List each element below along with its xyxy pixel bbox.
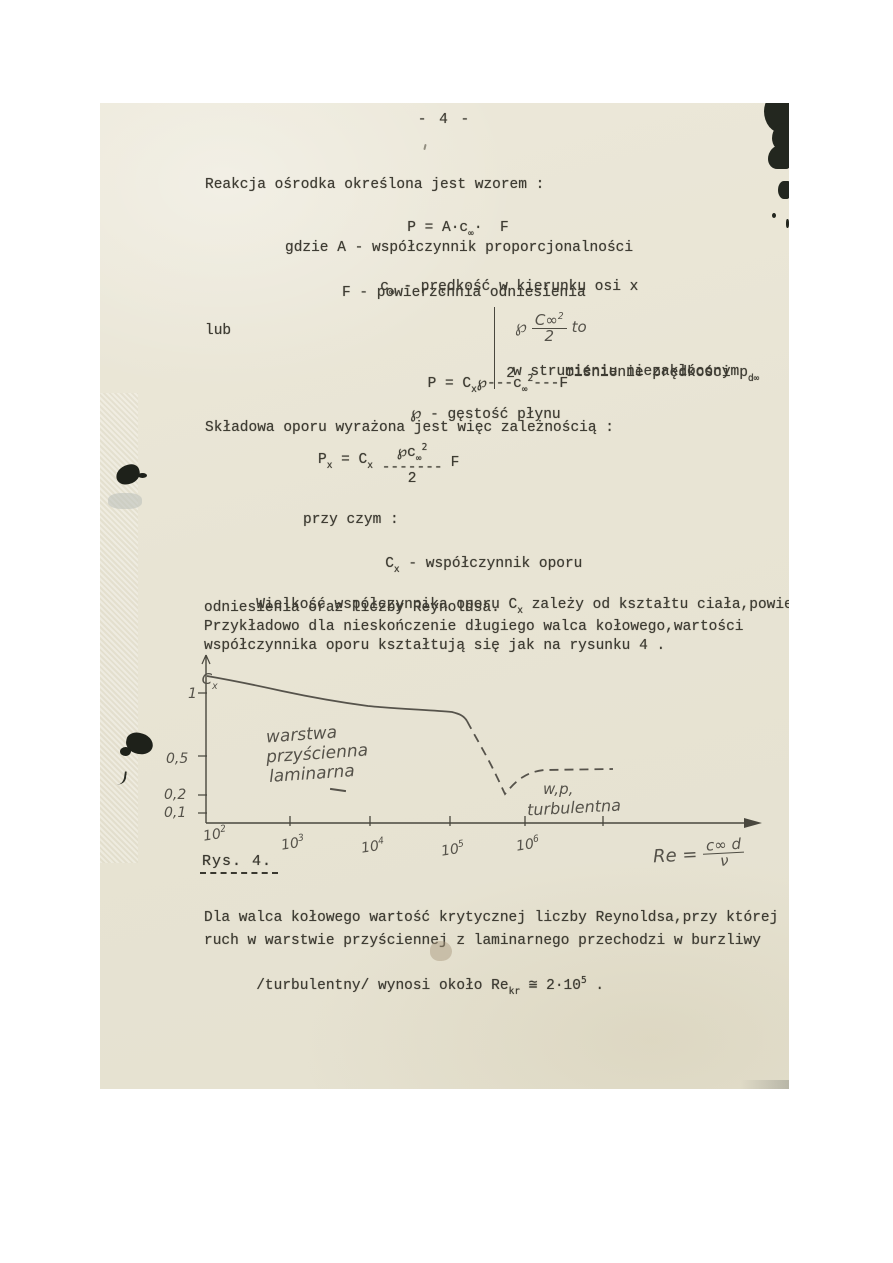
x-tick-label-1e3: 103 [280, 832, 306, 853]
paragraph2-line3-mid: ≅ 2·10 [520, 978, 581, 994]
y-tick-label-1: 1 [188, 686, 197, 702]
lub-label: lub [205, 323, 231, 340]
paragraph2-line3-post: . [587, 978, 604, 994]
formula-px-p: P [318, 452, 327, 468]
definition-f: F - powierzchnia odniesienia [342, 285, 586, 302]
tick-exp: 5 [457, 838, 464, 850]
intro-line: Reakcja ośrodka określona jest wzorem : [205, 177, 544, 194]
rho-symbol: ℘ [397, 444, 407, 460]
gray-patch [108, 493, 142, 509]
x-tick-label-1e5: 105 [440, 838, 466, 859]
formula-reaction-rhs: · F [474, 220, 509, 236]
scan-dark-blob [768, 145, 789, 169]
cx-definition-symbol: C [385, 556, 394, 572]
paragraph1-line2: odniesienia oraz liczby Reynoldsa. [204, 600, 500, 617]
cx-curve-solid [207, 676, 467, 721]
definition-a: gdzie A - współczynnik proporcjonalności [285, 240, 633, 257]
annotation-turbulent-1: w,p, [543, 780, 573, 798]
y-tick-label-01: 0,1 [164, 805, 186, 821]
re-denominator: ν [720, 853, 729, 867]
y-axis-label-c: C [202, 670, 212, 688]
paragraph1-line3: Przykładowo dla nieskończenie długiego w… [204, 619, 744, 636]
paper-stain [430, 941, 452, 961]
x-axis-formula: Re = c∞ d ν [652, 837, 745, 872]
formula-px-frac: ℘c∞2 ------- 2 [382, 440, 443, 486]
scan-speck [423, 144, 426, 150]
figure-caption: Rys. 4. [200, 853, 278, 874]
przy-czym-line: przy czym : [303, 512, 399, 529]
x-tick-label-1e6: 106 [515, 833, 541, 854]
paragraph2-line3-pre: /turbulentny/ wynosi około Re [256, 978, 508, 994]
paragraph2-line2: ruch w warstwie przyściennej z laminarne… [204, 933, 761, 950]
pressure-note-frac: C∞2 2 [532, 310, 567, 343]
paper-page: - 4 - Reakcja ośrodka określona jest wzo… [100, 103, 789, 1089]
y-tick-label-05: 0,5 [166, 751, 188, 767]
paragraph1-line1-post: zależy od kształtu ciała,powierzchni [523, 597, 789, 613]
cx-definition-text: - współczynnik oporu [400, 556, 583, 572]
scan-dark-blob [778, 181, 789, 199]
separator-bar [494, 307, 495, 389]
component-line: Składowa oporu wyrażona jest więc zależn… [205, 420, 614, 437]
pressure-note-line2: w strumieniu niezakłóconym [513, 364, 739, 381]
ink-blot-tail [138, 473, 147, 478]
re-frac: c∞ d ν [703, 837, 746, 869]
pressure-note-line1-sub: d∞ [748, 373, 759, 384]
scan-speck [786, 219, 789, 228]
formula-px-mid: = C [332, 452, 367, 468]
pressure-note-word: to [572, 318, 587, 336]
rho-symbol: ℘ [515, 317, 527, 337]
tick-exp: 4 [377, 835, 384, 847]
formula-px-c: c [407, 445, 416, 461]
formula-px-den: 2 [408, 473, 417, 486]
tick-exp: 3 [297, 832, 304, 844]
y-tick-label-02: 0,2 [164, 787, 186, 803]
formula-px-c-sup: 2 [422, 442, 428, 453]
scan-speck [772, 213, 776, 218]
paragraph2-line3-sub: kr [509, 986, 520, 997]
y-axis-label-sub: x [212, 681, 218, 692]
x-tick-label-1e4: 104 [360, 835, 386, 856]
tick-exp: 2 [219, 823, 226, 835]
tick-exp: 6 [532, 833, 539, 845]
x-axis-arrow [744, 818, 762, 828]
re-label: Re = [653, 844, 698, 867]
page-number: - 4 - [100, 112, 789, 129]
pressure-note-sup: 2 [558, 311, 564, 322]
pressure-note-formula: ℘ C∞2 2 to [515, 310, 587, 343]
paragraph2-line3: /turbulentny/ wynosi około Rekr ≅ 2·105 … [204, 955, 604, 1017]
formula-px-f: F [451, 455, 460, 472]
paragraph2-line1: Dla walca kołowego wartość krytycznej li… [204, 910, 778, 927]
scan-edge-smudge [740, 1080, 789, 1089]
x-tick-label-1e2: 102 [202, 823, 228, 844]
cx-curve-dashed [467, 721, 613, 794]
formula-reaction-lhs: P = A·c [407, 220, 468, 236]
ink-blot-tail [120, 747, 131, 756]
cx-re-chart [170, 648, 770, 840]
pressure-note-den: 2 [544, 329, 554, 343]
formula-px: Px = Cx ℘c∞2 ------- 2 F [318, 439, 459, 487]
scanned-document: - 4 - Reakcja ośrodka określona jest wzo… [0, 0, 893, 1263]
